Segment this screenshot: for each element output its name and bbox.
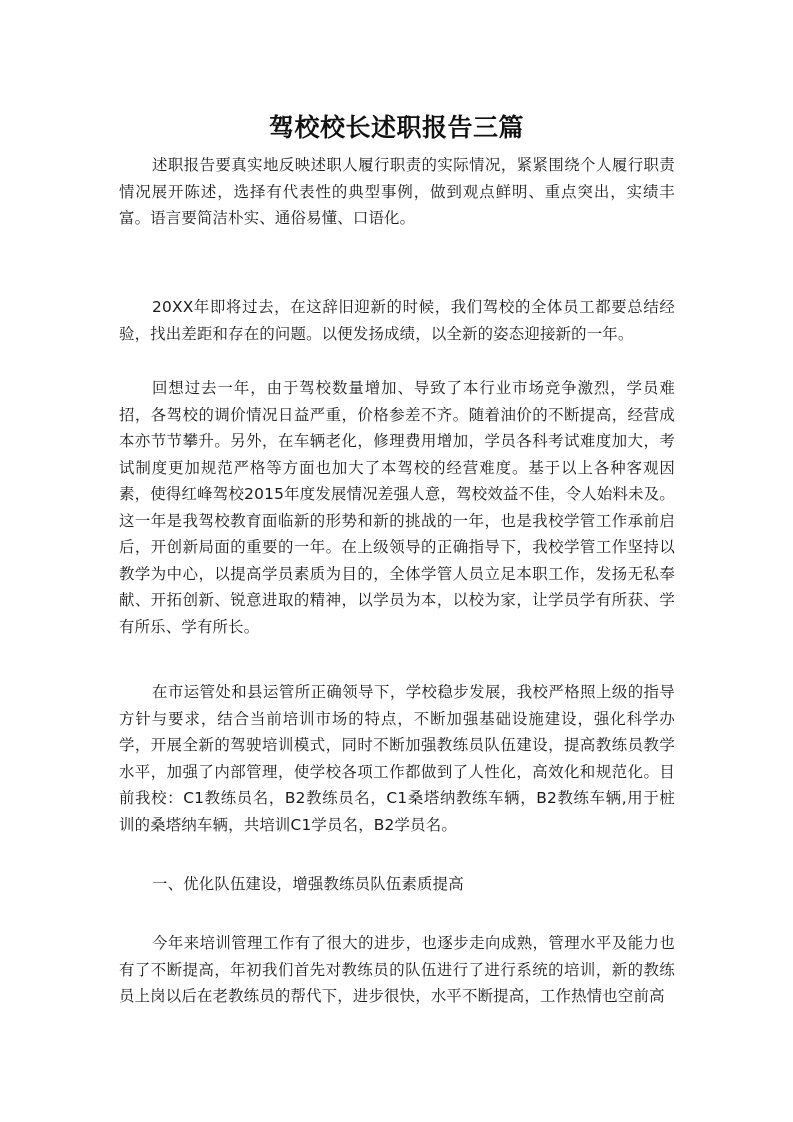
review-paragraph: 回想过去一年，由于驾校数量增加、导致了本行业市场竞争激烈，学员难招，各驾校的调价… [119, 375, 675, 640]
document-title: 驾校校长述职报告三篇 [0, 110, 793, 146]
section-heading: 一、优化队伍建设，增强教练员队伍素质提高 [119, 871, 675, 898]
section-paragraph: 今年来培训管理工作有了很大的进步，也逐步走向成熟，管理水平及能力也有了不断提高，… [119, 930, 675, 1010]
intro-paragraph: 述职报告要真实地反映述职人履行职责的实际情况，紧紧围绕个人履行职责情况展开陈述，… [119, 152, 675, 232]
opening-paragraph: 20XX年即将过去，在这辞旧迎新的时候，我们驾校的全体员工都要总结经验，找出差距… [119, 294, 675, 347]
document-page: 驾校校长述职报告三篇 述职报告要真实地反映述职人履行职责的实际情况，紧紧围绕个人… [0, 0, 793, 1122]
status-paragraph: 在市运管处和县运管所正确领导下，学校稳步发展，我校严格照上级的指导方针与要求，结… [119, 679, 675, 838]
